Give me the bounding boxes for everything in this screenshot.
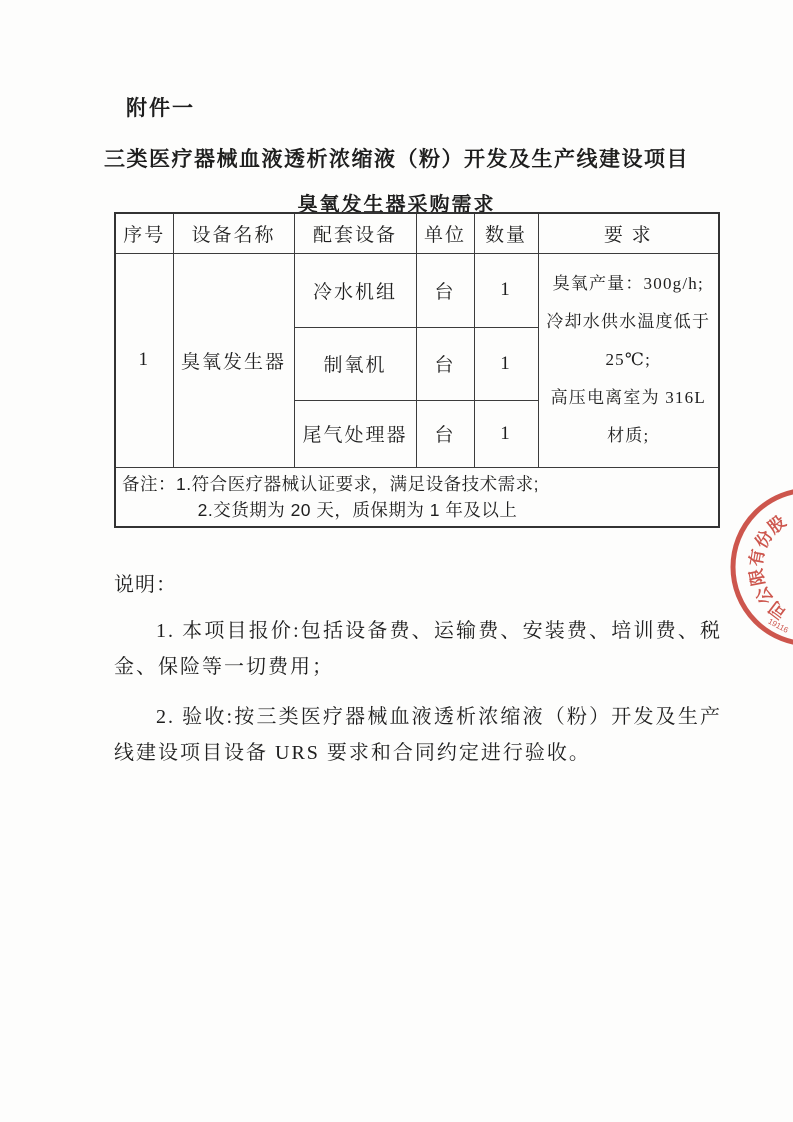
table-header-row: 序号 设备名称 配套设备 单位 数量 要 求 [115,213,719,253]
document-title-line1: 三类医疗器械血液透析浓缩液（粉）开发及生产线建设项目 [0,143,793,173]
stamp-char: 司 [765,597,790,622]
company-seal-stamp: 股 份 有 限 公 司 19116 [729,487,793,647]
header-quantity: 数量 [474,213,538,253]
remark-line-1: 1.符合医疗器械认证要求，满足设备技术需求; [176,471,539,497]
stamp-char: 有 [745,547,768,567]
cell-accessory: 制氧机 [294,327,416,400]
cell-requirements: 臭氧产量：300g/h; 冷却水供水温度低于 25℃; 高压电离室为 316L … [538,253,719,467]
cell-unit: 台 [416,400,474,467]
cell-accessory: 冷水机组 [294,253,416,327]
cell-unit: 台 [416,253,474,327]
header-accessory: 配套设备 [294,213,416,253]
cell-unit: 台 [416,327,474,400]
stamp-char: 份 [751,527,777,552]
requirements-text: 臭氧产量：300g/h; 冷却水供水温度低于 25℃; 高压电离室为 316L … [539,265,719,455]
cell-index: 1 [115,253,173,467]
remark-label: 备注： [122,471,176,497]
cell-accessory: 尾气处理器 [294,400,416,467]
stamp-digits: 19116 [767,617,791,635]
notes-heading: 说明： [114,568,722,597]
stamp-char: 限 [746,567,768,587]
header-index: 序号 [115,213,173,253]
cell-quantity: 1 [474,253,538,327]
table-row: 1 臭氧发生器 冷水机组 台 1 臭氧产量：300g/h; 冷却水供水温度低于 … [115,253,719,327]
stamp-char: 股 [764,511,790,537]
remark-cell: 备注： 1.符合医疗器械认证要求，满足设备技术需求; 2.交货期为 20 天，质… [115,467,719,527]
procurement-table: 序号 设备名称 配套设备 单位 数量 要 求 1 臭氧发生器 冷水机组 台 1 … [114,212,720,528]
header-device-name: 设备名称 [173,213,294,253]
cell-quantity: 1 [474,400,538,467]
cell-device-name: 臭氧发生器 [173,253,294,467]
remark-row: 备注： 1.符合医疗器械认证要求，满足设备技术需求; 2.交货期为 20 天，质… [115,467,719,527]
note-item-2: 2. 验收:按三类医疗器械血液透析浓缩液（粉）开发及生产线建设项目设备 URS … [114,699,722,771]
remark-line-2: 2.交货期为 20 天，质保期为 1 年及以上 [176,497,539,523]
stamp-char: 公 [752,583,777,607]
header-unit: 单位 [416,213,474,253]
stamp-circle-icon [733,490,793,644]
notes-section: 说明： 1. 本项目报价:包括设备费、运输费、安装费、培训费、税金、保险等一切费… [114,568,722,785]
cell-quantity: 1 [474,327,538,400]
attachment-label: 附件一 [126,92,195,122]
header-requirements: 要 求 [538,213,719,253]
note-item-1: 1. 本项目报价:包括设备费、运输费、安装费、培训费、税金、保险等一切费用； [114,613,722,685]
